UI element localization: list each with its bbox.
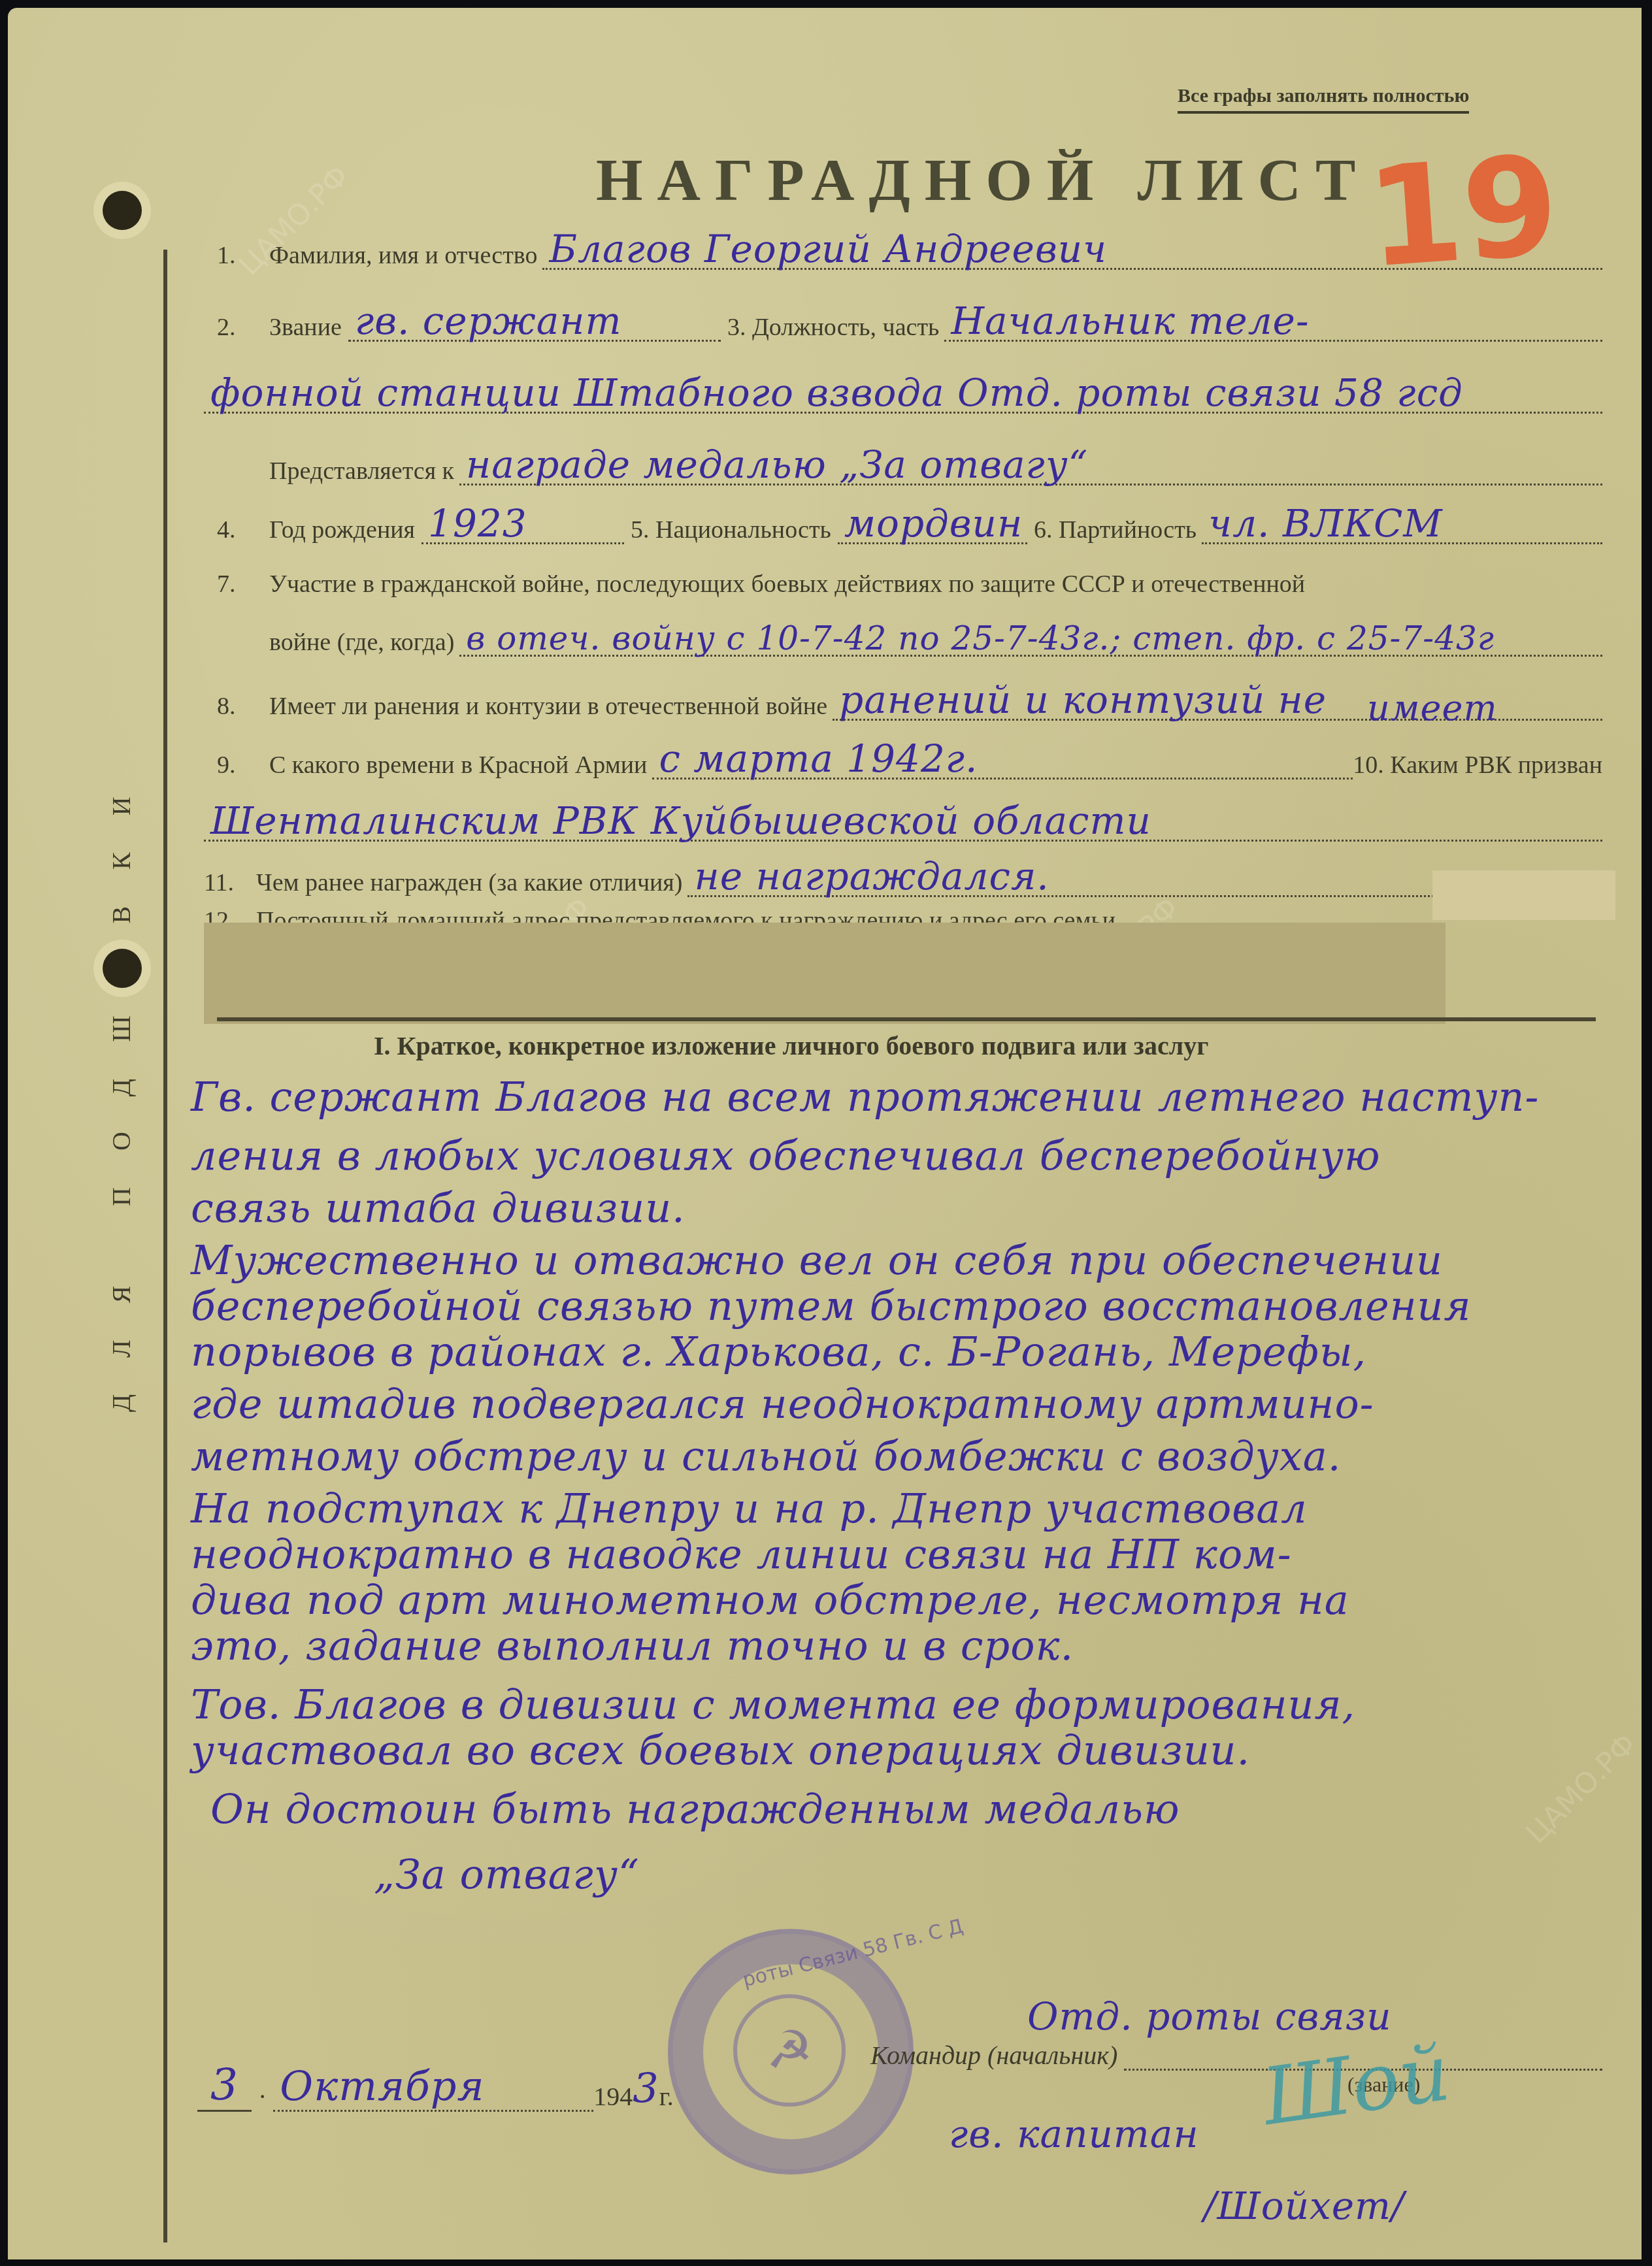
field-label: Фамилия, имя и отчество xyxy=(269,241,537,270)
field-value: 1923 xyxy=(421,504,624,544)
field-value: гв. сержант xyxy=(348,302,721,342)
field-label: Имеет ли ранения и контузии в отечествен… xyxy=(269,692,827,721)
field-1-name: 1. Фамилия, имя и отчество Благов Георги… xyxy=(217,230,1602,270)
narrative-line: участвовал во всех боевых операциях диви… xyxy=(191,1726,1250,1774)
field-value: фонной станции Штабного взвода Отд. роты… xyxy=(204,374,1602,414)
field-label: Чем ранее награжден (за какие отличия) xyxy=(256,868,682,897)
field-2-3-rank-position: 2. Звание гв. сержант 3. Должность, част… xyxy=(217,302,1602,342)
commander-unit: Отд. роты связи xyxy=(1027,1994,1392,2039)
field-number: 5. xyxy=(631,516,650,544)
field-value: в отеч. войну с 10-7-42 по 25-7-43г.; ст… xyxy=(459,622,1602,657)
field-4-5-6: 4. Год рождения 1923 5. Национальность м… xyxy=(217,504,1602,544)
field-award: Представляется к награде медалью „За отв… xyxy=(269,446,1602,485)
narrative-line: Он достоин быть награжденным медалью xyxy=(210,1785,1180,1833)
field-label: С какого времени в Красной Армии xyxy=(269,751,647,780)
field-value: Начальник теле- xyxy=(944,302,1602,342)
field-value: Благов Георгий Андреевич xyxy=(542,230,1602,270)
watermark: ЦАМО.РФ xyxy=(1519,1727,1642,1850)
narrative-line: ления в любых условиях обеспечивал беспе… xyxy=(191,1132,1380,1179)
field-number: 11. xyxy=(204,868,256,897)
narrative-line: Мужественно и отважно вел он себя при об… xyxy=(191,1236,1443,1284)
ussr-emblem-icon: ☭ xyxy=(733,1994,846,2107)
field-label: войне (где, когда) xyxy=(269,628,454,657)
field-value: чл. ВЛКСМ xyxy=(1202,504,1602,544)
field-9-10: 9. С какого времени в Красной Армии с ма… xyxy=(217,740,1602,780)
field-value: награде медалью „За отвагу“ xyxy=(459,446,1602,485)
field-value: с марта 1942г. xyxy=(652,740,1353,780)
field-number: 10. xyxy=(1353,751,1384,780)
field-label: Представляется к xyxy=(269,457,454,485)
date-year-prefix: 194 xyxy=(593,2081,633,2112)
narrative-line: Тов. Благов в дивизии с момента ее форми… xyxy=(191,1681,1355,1728)
document-sheet: ДЛЯ ПОДШИВКИ ЦАМО.РФ ЦАМО.РФ ЦАМО.РФ ЦАМ… xyxy=(8,8,1642,2259)
field-10-value: Шенталинским РВК Куйбышевской области xyxy=(204,802,1602,842)
field-label: Участие в гражданской войне, последующих… xyxy=(269,570,1305,599)
field-number: 9. xyxy=(217,751,269,780)
narrative-line: дива под арт минометном обстреле, несмот… xyxy=(191,1576,1349,1624)
field-11-awards: 11. Чем ранее награжден (за какие отличи… xyxy=(204,857,1602,897)
field-number: 8. xyxy=(217,692,269,721)
narrative-line: метному обстрелу и сильной бомбежки с во… xyxy=(191,1432,1341,1480)
binding-line xyxy=(163,250,167,2242)
binding-label: ДЛЯ ПОДШИВКИ xyxy=(106,596,158,1576)
field-7-continued: войне (где, когда) в отеч. войну с 10-7-… xyxy=(269,622,1602,657)
field-number: 1. xyxy=(217,241,269,270)
field-number: 6. xyxy=(1034,516,1053,544)
field-value: мордвин xyxy=(838,504,1027,544)
field-number: 2. xyxy=(217,313,269,342)
date-line: 3 · Октября 194 3 г. xyxy=(197,2060,674,2112)
field-label: Звание xyxy=(269,313,342,342)
field-label: Должность, часть xyxy=(752,313,940,342)
document-title: НАГРАДНОЙ ЛИСТ xyxy=(596,145,1370,214)
punch-hole xyxy=(103,949,142,988)
field-value: Шенталинским РВК Куйбышевской области xyxy=(204,802,1602,842)
field-label: Национальность xyxy=(655,516,831,544)
narrative-line: „За отвагу“ xyxy=(374,1850,640,1898)
date-year-suffix: г. xyxy=(659,2081,674,2112)
red-pencil-mark: 19 xyxy=(1362,125,1564,299)
redaction-box xyxy=(1432,870,1615,920)
section-divider xyxy=(217,1017,1596,1021)
narrative-line: бесперебойной связью путем быстрого восс… xyxy=(191,1282,1471,1330)
narrative-line: связь штаба дивизии. xyxy=(191,1184,686,1232)
field-label: Год рождения xyxy=(269,516,415,544)
commander-label: Командир (начальник) xyxy=(870,2040,1117,2071)
punch-hole xyxy=(103,191,142,230)
narrative-line: порывов в районах г. Харькова, с. Б-Рога… xyxy=(191,1328,1366,1375)
narrative-line: где штадив подвергался неоднократному ар… xyxy=(191,1380,1374,1428)
narrative-line: Гв. сержант Благов на всем протяжении ле… xyxy=(191,1073,1539,1121)
field-number: 3. xyxy=(727,313,746,342)
date-month: Октября xyxy=(273,2062,593,2112)
field-number: 4. xyxy=(217,516,269,544)
instruction-note: Все графы заполнять полностью xyxy=(1178,85,1469,114)
redaction-box xyxy=(204,923,1445,1024)
narrative-line: это, задание выполнил точно и в срок. xyxy=(191,1622,1074,1669)
field-8-value-continued: имеет xyxy=(1367,687,1498,729)
date-day: 3 xyxy=(197,2060,252,2112)
signature-name: /Шойхет/ xyxy=(1204,2184,1405,2228)
narrative-section-title: I. Краткое, конкретное изложение личного… xyxy=(374,1030,1208,1061)
field-number: 7. xyxy=(217,570,269,599)
date-year-digit: 3 xyxy=(633,2064,659,2112)
field-label: Каким РВК призван xyxy=(1390,751,1602,780)
field-7-participation: 7. Участие в гражданской войне, последую… xyxy=(217,570,1602,599)
field-3-continued: фонной станции Штабного взвода Отд. роты… xyxy=(204,374,1602,414)
narrative-line: На подступах к Днепру и на р. Днепр учас… xyxy=(191,1485,1308,1532)
rank-value: гв. капитан xyxy=(949,2112,1199,2156)
field-label: Партийность xyxy=(1059,516,1197,544)
commander-line: Командир (начальник) xyxy=(870,2040,1602,2071)
narrative-line: неоднократно в наводке линии связи на НП… xyxy=(191,1530,1292,1578)
